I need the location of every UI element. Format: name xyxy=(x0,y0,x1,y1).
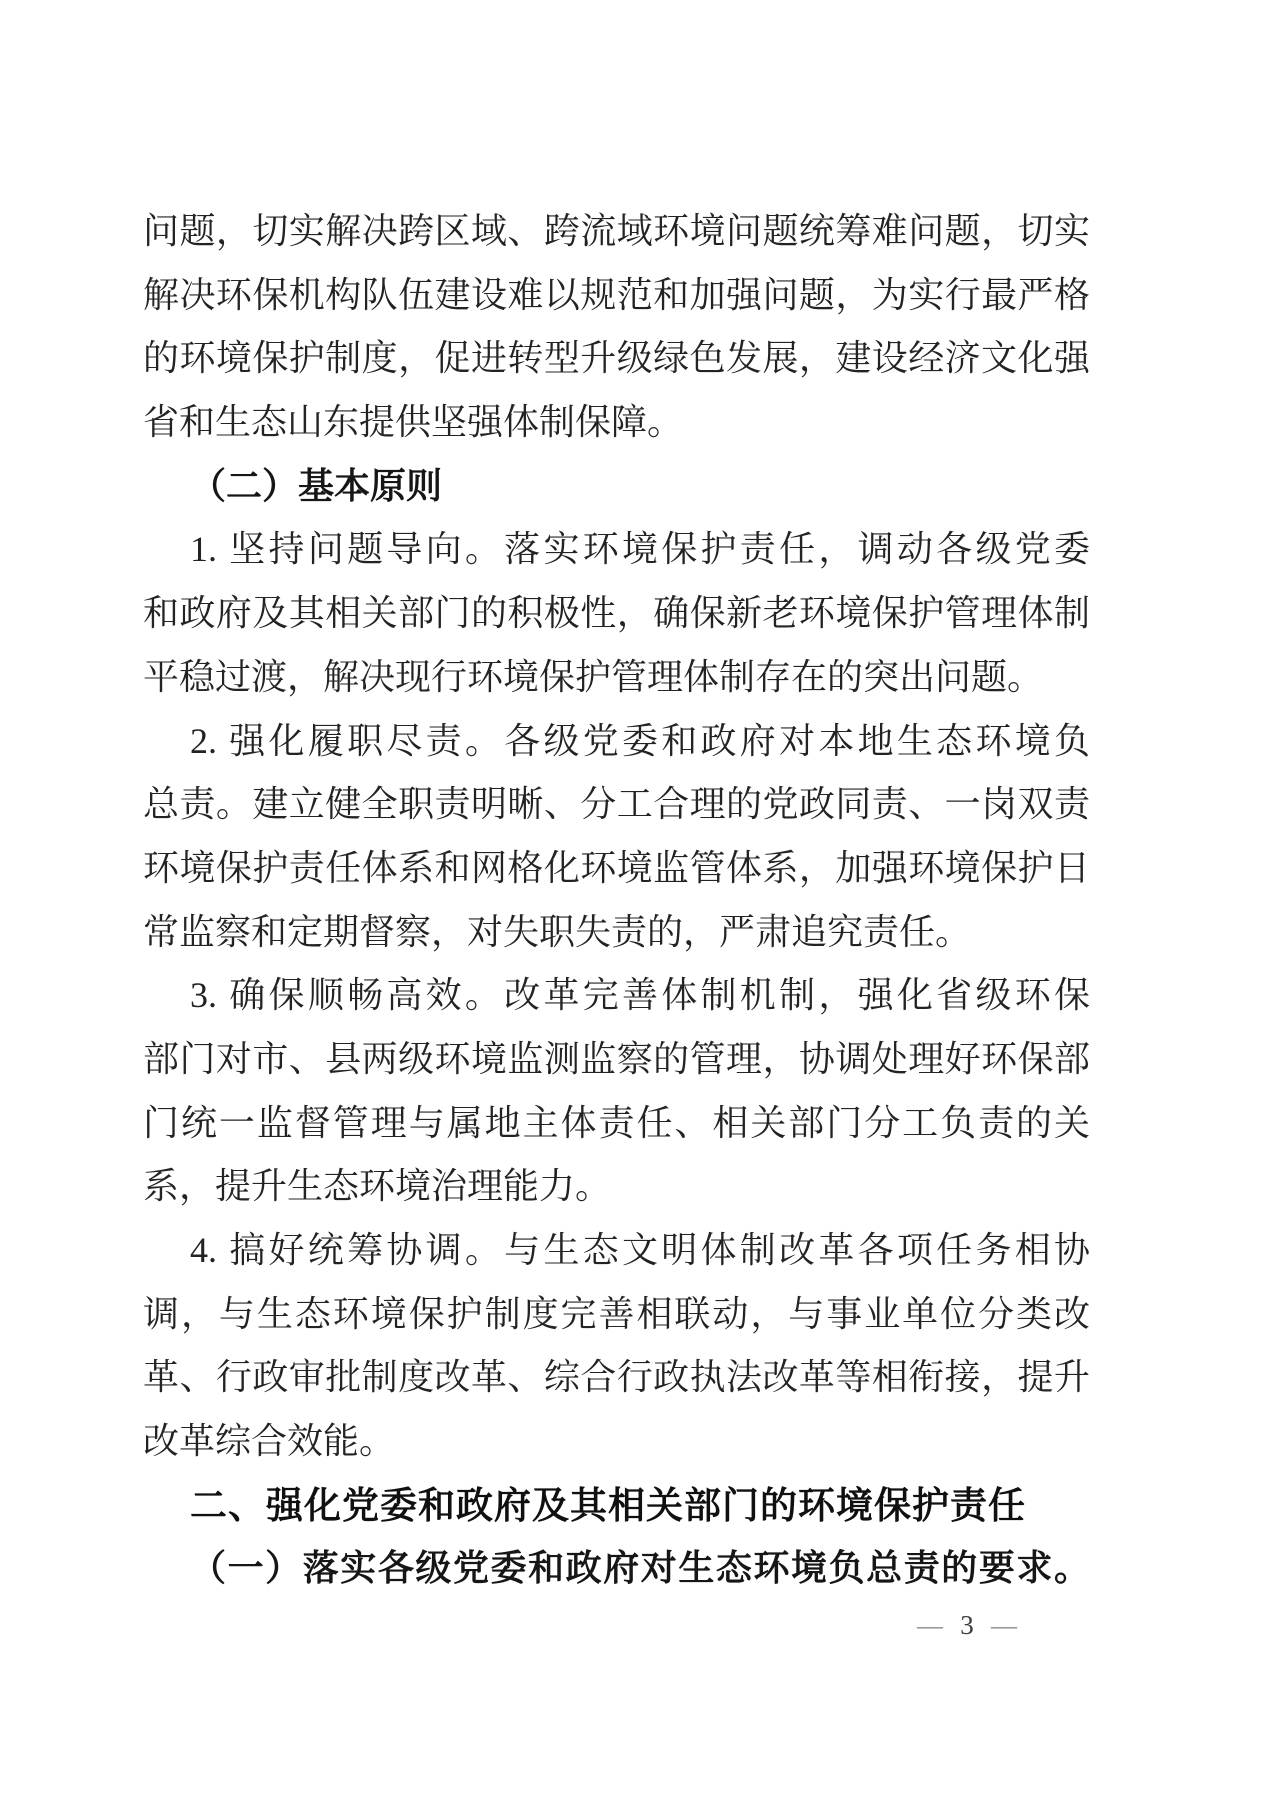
page-number: — 3 — xyxy=(917,1612,1017,1639)
text-line: 问题，切实解决跨区域、跨流域环境问题统筹难问题，切实 xyxy=(143,200,1090,264)
document-page: 问题，切实解决跨区域、跨流域环境问题统筹难问题，切实解决环保机构队伍建设难以规范… xyxy=(0,0,1280,1810)
page-number-dash-right: — xyxy=(991,1613,1017,1639)
page-number-value: 3 xyxy=(960,1612,974,1639)
text-line: 4. 搞好统筹协调。与生态文明体制改革各项任务相协 xyxy=(143,1219,1090,1283)
text-line: 平稳过渡，解决现行环境保护管理体制存在的突出问题。 xyxy=(143,646,1090,710)
text-line: 2. 强化履职尽责。各级党委和政府对本地生态环境负 xyxy=(143,710,1090,774)
text-line: 1. 坚持问题导向。落实环境保护责任，调动各级党委 xyxy=(143,518,1090,582)
text-line: 3. 确保顺畅高效。改革完善体制机制，强化省级环保 xyxy=(143,964,1090,1028)
document-lines: 问题，切实解决跨区域、跨流域环境问题统筹难问题，切实解决环保机构队伍建设难以规范… xyxy=(143,200,1090,1601)
text-line: 环境保护责任体系和网格化环境监管体系，加强环境保护日 xyxy=(143,837,1090,901)
text-line: （二）基本原则 xyxy=(143,455,1090,519)
text-line: 革、行政审批制度改革、综合行政执法改革等相衔接，提升 xyxy=(143,1346,1090,1410)
text-line: 解决环保机构队伍建设难以规范和加强问题，为实行最严格 xyxy=(143,264,1090,328)
text-line: 调，与生态环境保护制度完善相联动，与事业单位分类改 xyxy=(143,1283,1090,1347)
text-line: 改革综合效能。 xyxy=(143,1410,1090,1474)
text-line: （一）落实各级党委和政府对生态环境负总责的要求。 xyxy=(143,1537,1090,1601)
text-line: 和政府及其相关部门的积极性，确保新老环境保护管理体制 xyxy=(143,582,1090,646)
text-line: 二、强化党委和政府及其相关部门的环境保护责任 xyxy=(143,1474,1090,1538)
text-line: 部门对市、县两级环境监测监察的管理，协调处理好环保部 xyxy=(143,1028,1090,1092)
text-line: 常监察和定期督察，对失职失责的，严肃追究责任。 xyxy=(143,901,1090,965)
text-line: 系，提升生态环境治理能力。 xyxy=(143,1155,1090,1219)
text-line: 门统一监督管理与属地主体责任、相关部门分工负责的关 xyxy=(143,1092,1090,1156)
text-line: 总责。建立健全职责明晰、分工合理的党政同责、一岗双责 xyxy=(143,773,1090,837)
text-line: 的环境保护制度，促进转型升级绿色发展，建设经济文化强 xyxy=(143,327,1090,391)
page-number-dash-left: — xyxy=(917,1613,943,1639)
text-line: 省和生态山东提供坚强体制保障。 xyxy=(143,391,1090,455)
